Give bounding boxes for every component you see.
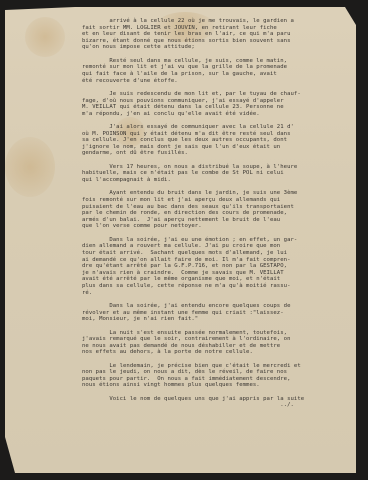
text-line: gendarme, ont dû être fusillés. bbox=[82, 150, 354, 157]
text-line: où M. POINSON qui y était détenu m'a dit… bbox=[82, 131, 354, 138]
paragraph: Ayant entendu du bruit dans le jardin, j… bbox=[82, 190, 354, 230]
text-line: remonté sur mon lit et j'ai vu que la gr… bbox=[82, 64, 354, 71]
text-line: été recouverte d'une étoffe. bbox=[82, 78, 354, 85]
text-line: Je suis redescendu de mon lit et, par le… bbox=[82, 91, 354, 98]
text-line: ré. bbox=[82, 290, 354, 297]
paragraph: Voici le nom de quelques uns que j'ai ap… bbox=[82, 396, 354, 409]
text-line: non pas le jeudi, on nous a dit, dès le … bbox=[82, 369, 354, 376]
text-line: j'avais remarqué que le soir, contrairem… bbox=[82, 336, 354, 343]
text-line: fois remonté sur mon lit et j'ai aperçu … bbox=[82, 197, 354, 204]
text-line: ../. bbox=[82, 402, 354, 409]
text-line: que l'on verse comme pour nettoyer. bbox=[82, 223, 354, 230]
text-line: avait été arrêté par le même organisme q… bbox=[82, 276, 354, 283]
text-line: puisaient de l'eau au bac dans des seaux… bbox=[82, 204, 354, 211]
text-line: nous étions ainsi vingt hommes plus quel… bbox=[82, 382, 354, 389]
text-line: tour était arrivé. Sachant quelques mots… bbox=[82, 250, 354, 257]
paragraph: Je suis redescendu de mon lit et, par le… bbox=[82, 91, 354, 117]
paragraph: La nuit s'est ensuite passée normalement… bbox=[82, 330, 354, 356]
text-line: dre qu'étant arrêté par la G.F.P.716, et… bbox=[82, 263, 354, 270]
text-line: nos effets au dehors, à la porte de notr… bbox=[82, 349, 354, 356]
text-line: fait sortir MM. LOGLIER et JOUVIN, en re… bbox=[82, 25, 354, 32]
text-line: qui fait face à l'aile de la prison, sur… bbox=[82, 71, 354, 78]
text-line: bizarre, étant donné que nous étions sor… bbox=[82, 38, 354, 45]
text-line: dien allemand a rouvert ma cellule. J'ai… bbox=[82, 243, 354, 250]
text-line: armés d'un balai. J'ai aperçu nettement … bbox=[82, 217, 354, 224]
text-line: par le chemin de ronde, en direction des… bbox=[82, 210, 354, 217]
text-line: J'ai alors essayé de communiquer avec la… bbox=[82, 124, 354, 131]
text-line: moi, Monsieur, je n'ai rien fait." bbox=[82, 316, 354, 323]
paragraph: Resté seul dans ma cellule, je suis, com… bbox=[82, 58, 354, 84]
text-line: arrivé à la cellule 22 où je me trouvais… bbox=[82, 18, 354, 25]
paragraph: J'ai alors essayé de communiquer avec la… bbox=[82, 124, 354, 157]
text-line: Dans la soirée, j'ai eu une émotion ; en… bbox=[82, 237, 354, 244]
paper-stain bbox=[25, 17, 65, 57]
text-line: Dans la soirée, j'ai entendu encore quel… bbox=[82, 303, 354, 310]
typed-letter-body: arrivé à la cellule 22 où je me trouvais… bbox=[82, 18, 354, 416]
paragraph: Le lendemain, je précise bien que c'étai… bbox=[82, 363, 354, 389]
text-line: plus dans sa cellule, cette réponse ne m… bbox=[82, 283, 354, 290]
text-line: qui l'accompagnait à midi. bbox=[82, 177, 354, 184]
paper-stain bbox=[5, 137, 55, 197]
text-line: qu'on nous impose cette attitude; bbox=[82, 44, 354, 51]
text-line: révolver et au même instant une femme qu… bbox=[82, 310, 354, 317]
text-line: M. VEILLAT qui était détenu dans la cell… bbox=[82, 104, 354, 111]
text-line: et en leur disant de tenir les bras en l… bbox=[82, 31, 354, 38]
paragraph: Vers 17 heures, on nous a distribué la s… bbox=[82, 164, 354, 184]
paragraph: Dans la soirée, j'ai entendu encore quel… bbox=[82, 303, 354, 323]
paragraph: arrivé à la cellule 22 où je me trouvais… bbox=[82, 18, 354, 51]
text-line: sa cellule. J'en conclus que les deux au… bbox=[82, 137, 354, 144]
paragraph: Dans la soirée, j'ai eu une émotion ; en… bbox=[82, 237, 354, 296]
text-line: Voici le nom de quelques uns que j'ai ap… bbox=[82, 396, 354, 403]
text-line: m'a répondu, j'en ai conclu qu'elle avai… bbox=[82, 111, 354, 118]
